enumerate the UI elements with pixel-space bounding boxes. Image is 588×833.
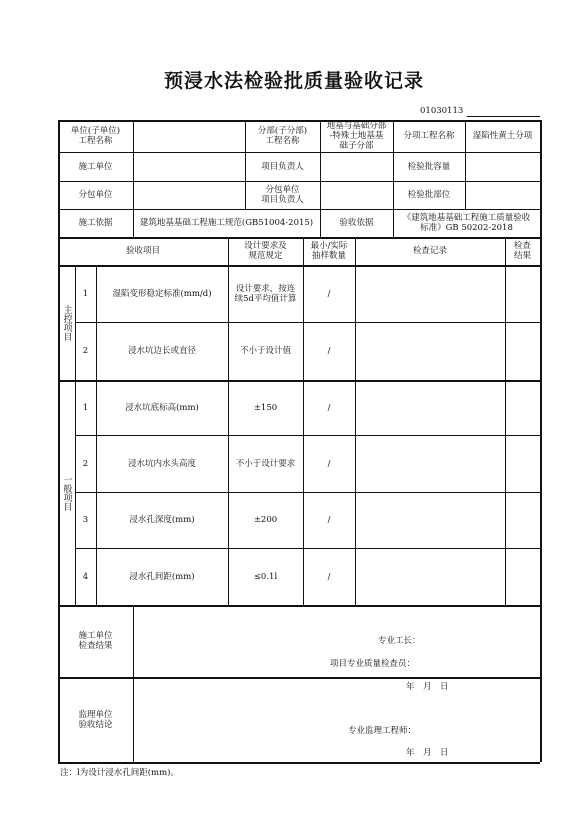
foreman-signature-label: 专业工长：: [378, 634, 421, 646]
item-result-field[interactable]: [505, 322, 540, 380]
item-sample[interactable]: /: [303, 265, 355, 322]
grid-line: [75, 548, 540, 549]
engineer-signature-label: 专业监理工程师：: [348, 724, 416, 736]
contractor-date-label: 年 月 日: [406, 680, 449, 692]
form-code: 01030113: [420, 106, 463, 116]
subcontractor-label: 分包单位: [58, 181, 133, 209]
general-items-group-label: 一般项目: [58, 380, 75, 605]
item-sample[interactable]: /: [303, 548, 355, 605]
item-requirement: ≤0.1l: [228, 548, 303, 605]
col-header-result: 检查 结果: [505, 237, 540, 265]
item-result-field[interactable]: [505, 265, 540, 322]
item-sample[interactable]: /: [303, 322, 355, 380]
col-header-item: 验收项目: [58, 237, 228, 265]
grid-line: [228, 237, 229, 605]
project-manager-label: 项目负责人: [245, 152, 320, 181]
grid-line: [58, 152, 540, 153]
grid-line: [245, 120, 246, 152]
item-name: 湿陷变形稳定标准(mm/d): [96, 265, 228, 322]
item-name: 浸水孔间距(mm): [96, 548, 228, 605]
contractor-field[interactable]: [133, 152, 245, 181]
grid-line: [393, 120, 394, 152]
grid-line: [540, 120, 542, 762]
grid-line: [320, 209, 321, 237]
item-record-field[interactable]: [355, 265, 505, 322]
grid-line: [58, 265, 540, 267]
acceptance-basis-label: 验收依据: [320, 209, 393, 237]
footnote: 注：l为设计浸水孔间距(mm)。: [60, 766, 179, 778]
grid-line: [320, 120, 321, 152]
grid-line: [133, 120, 134, 152]
item-requirement: 不小于设计值: [228, 322, 303, 380]
grid-line: [465, 120, 466, 152]
item-number: 3: [75, 492, 96, 548]
item-name: 浸水孔深度(mm): [96, 492, 228, 548]
grid-line: [393, 152, 394, 209]
grid-line: [58, 181, 540, 182]
page-title: 预浸水法检验批质量验收记录: [0, 66, 588, 93]
item-requirement: ±150: [228, 380, 303, 435]
item-sample[interactable]: /: [303, 492, 355, 548]
acceptance-basis-value: 《建筑地基基础工程施工质量验收 标准》GB 50202-2018: [393, 209, 540, 237]
batch-location-field[interactable]: [465, 181, 540, 209]
grid-line: [75, 435, 540, 436]
col-header-requirement: 设计要求及 规范规定: [228, 237, 303, 265]
grid-line: [58, 380, 540, 382]
grid-line: [303, 237, 304, 605]
item-number: 2: [75, 322, 96, 380]
division-label: 分部(子分部) 工程名称: [245, 120, 320, 152]
item-result-field[interactable]: [505, 435, 540, 492]
item-record-field[interactable]: [355, 435, 505, 492]
contractor-label: 施工单位: [58, 152, 133, 181]
supervisor-check-label: 监理单位 验收结论: [58, 677, 133, 762]
item-name: 浸水坑内水头高度: [96, 435, 228, 492]
subcontractor-field[interactable]: [133, 181, 245, 209]
item-result-field[interactable]: [505, 380, 540, 435]
grid-line: [75, 492, 540, 493]
batch-location-label: 检验批部位: [393, 181, 465, 209]
grid-line: [320, 152, 321, 209]
grid-line: [133, 152, 134, 209]
item-record-field[interactable]: [355, 322, 505, 380]
construction-basis-label: 施工依据: [58, 209, 133, 237]
batch-capacity-label: 检验批容量: [393, 152, 465, 181]
subitem-label: 分项工程名称: [393, 120, 465, 152]
item-number: 1: [75, 265, 96, 322]
item-sample[interactable]: /: [303, 380, 355, 435]
item-record-field[interactable]: [355, 548, 505, 605]
grid-line: [58, 237, 540, 239]
item-record-field[interactable]: [355, 380, 505, 435]
contractor-check-label: 施工单位 检查结果: [58, 605, 133, 677]
sub-manager-label: 分包单位 项目负责人: [245, 181, 320, 209]
unit-project-label: 单位(子单位) 工程名称: [58, 120, 133, 152]
project-manager-field[interactable]: [320, 152, 393, 181]
item-result-field[interactable]: [505, 492, 540, 548]
grid-line: [96, 265, 97, 605]
grid-line: [393, 209, 394, 237]
item-sample[interactable]: /: [303, 435, 355, 492]
item-name: 浸水坑边长或直径: [96, 322, 228, 380]
unit-project-field[interactable]: [133, 120, 245, 152]
sub-manager-field[interactable]: [320, 181, 393, 209]
item-requirement: 不小于设计要求: [228, 435, 303, 492]
form-number-field[interactable]: [467, 116, 540, 117]
grid-line: [58, 605, 540, 607]
grid-line: [133, 209, 134, 237]
division-value: 地基与基础分部 -特殊土地基基 础子分部: [320, 120, 393, 152]
grid-line: [58, 677, 540, 679]
item-number: 2: [75, 435, 96, 492]
col-header-record: 检查记录: [355, 237, 505, 265]
main-items-group-label: 主控项目: [58, 265, 75, 380]
item-record-field[interactable]: [355, 492, 505, 548]
supervisor-check-area[interactable]: [133, 677, 540, 762]
construction-basis-value: 建筑地基基础工程施工规范(GB51004-2015): [133, 209, 320, 237]
item-requirement: 设计要求，按连 续5d平均值计算: [228, 265, 303, 322]
item-number: 4: [75, 548, 96, 605]
item-name: 浸水坑底标高(mm): [96, 380, 228, 435]
grid-line: [58, 209, 540, 210]
item-number: 1: [75, 380, 96, 435]
grid-line: [75, 322, 540, 323]
grid-line: [58, 120, 60, 762]
grid-line: [58, 120, 540, 122]
col-header-sample: 最小/实际 抽样数量: [303, 237, 355, 265]
grid-line: [505, 237, 506, 605]
supervisor-date-label: 年 月 日: [406, 746, 449, 758]
grid-line: [355, 237, 356, 605]
grid-line: [75, 265, 76, 605]
subitem-value: 湿陷性黄土分项: [465, 120, 540, 152]
item-result-field[interactable]: [505, 548, 540, 605]
inspector-signature-label: 项目专业质量检查员：: [330, 657, 415, 669]
grid-line: [465, 152, 466, 209]
grid-line: [58, 762, 540, 764]
batch-capacity-field[interactable]: [465, 152, 540, 181]
grid-line: [133, 605, 134, 762]
item-requirement: ±200: [228, 492, 303, 548]
grid-line: [245, 152, 246, 209]
